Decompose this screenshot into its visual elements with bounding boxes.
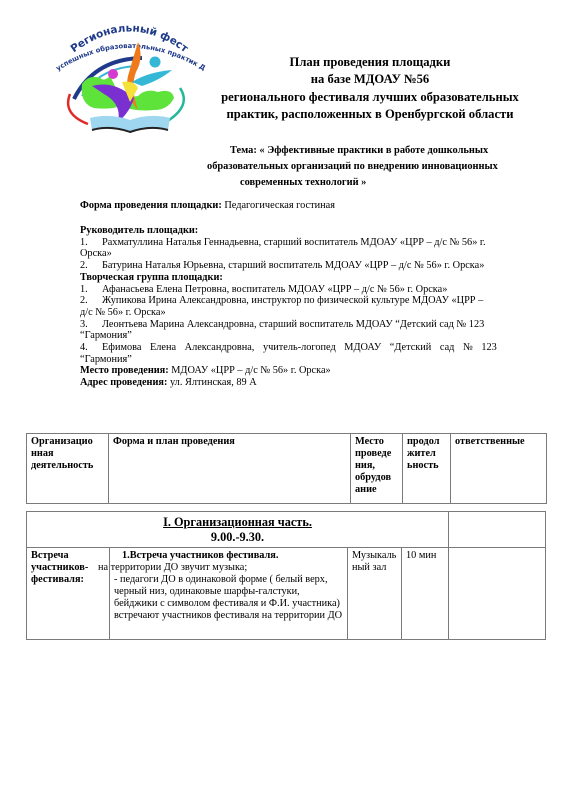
- leader-label: Руководитель площадки:: [80, 225, 550, 237]
- cell-place: Музыкальный зал: [348, 548, 402, 640]
- col-header-duration: продол жител ьность: [403, 434, 451, 504]
- title-line: практик, расположенных в Оренбургской об…: [200, 106, 540, 123]
- col-header-activity: Организацио нная деятельность: [27, 434, 109, 504]
- group-item: 4.Ефимова Елена Александровна, учитель-л…: [80, 342, 550, 354]
- group-item: 1.Афанасьева Елена Петровна, воспитатель…: [80, 284, 550, 296]
- plan-table: I. Организационная часть. 9.00.-9.30. Вс…: [26, 511, 546, 640]
- theme-line: современных технологий »: [240, 175, 366, 191]
- section-empty-cell: [449, 512, 546, 548]
- leader-item-cont: Орска»: [80, 248, 550, 260]
- info-block: Руководитель площадки: 1.Рахматуллина На…: [80, 225, 550, 389]
- section-heading: I. Организационная часть. 9.00.-9.30.: [27, 512, 449, 548]
- group-item-cont: “Гармония”: [80, 354, 550, 366]
- form-row: Форма проведения площадки: Педагогическа…: [80, 200, 550, 212]
- col-header-responsible: ответственные: [451, 434, 547, 504]
- col-header-plan: Форма и план проведения: [109, 434, 351, 504]
- plan-line: - педагоги ДО в одинаковой форме ( белый…: [114, 574, 343, 622]
- plan-title: 1.Встреча участников фестиваля.: [114, 550, 343, 562]
- place-row: Место проведения: МДОАУ «ЦРР – д/с № 56»…: [80, 365, 550, 377]
- section-title: I. Организационная часть.: [163, 515, 312, 529]
- title-line: на базе МДОАУ №56: [200, 71, 540, 88]
- title-line: План проведения площадки: [200, 54, 540, 71]
- col-header-place: Место проведе ния, обрудов ание: [351, 434, 403, 504]
- festival-logo: Региональный фестиваль успешных образова…: [34, 14, 209, 140]
- form-label: Форма проведения площадки:: [80, 200, 222, 211]
- group-item: 3.Леонтьева Марина Александровна, старши…: [80, 319, 550, 331]
- cell-duration: 10 мин: [402, 548, 449, 640]
- plan-table-header: Организацио нная деятельность Форма и пл…: [26, 433, 547, 504]
- cell-plan: 1.Встреча участников фестиваля. на терри…: [110, 548, 348, 640]
- address-row: Адрес проведения: ул. Ялтинская, 89 А: [80, 377, 550, 389]
- title-line: регионального фестиваля лучших образоват…: [200, 89, 540, 106]
- group-item: 2.Жупикова Ирина Александровна, инструкт…: [80, 295, 550, 307]
- group-item-cont: д/с № 56» г. Орска»: [80, 307, 550, 319]
- group-label: Творческая группа площадки:: [80, 272, 550, 284]
- leader-item: 2.Батурина Наталья Юрьевна, старший восп…: [80, 260, 550, 272]
- leader-item: 1.Рахматуллина Наталья Геннадьевна, стар…: [80, 237, 550, 249]
- section-time: 9.00.-9.30.: [31, 530, 444, 545]
- theme-line: Тема: « Эффективные практики в работе до…: [230, 143, 488, 159]
- plan-line: на территории ДО звучит музыка;: [98, 562, 343, 574]
- table-row: Встреча участников-фестиваля: 1.Встреча …: [27, 548, 546, 640]
- form-value: Педагогическая гостиная: [222, 200, 335, 211]
- cell-responsible: [449, 548, 546, 640]
- group-item-cont: “Гармония”: [80, 330, 550, 342]
- theme-line: образовательных организаций по внедрению…: [207, 159, 498, 175]
- document-title: План проведения площадки на базе МДОАУ №…: [200, 54, 540, 124]
